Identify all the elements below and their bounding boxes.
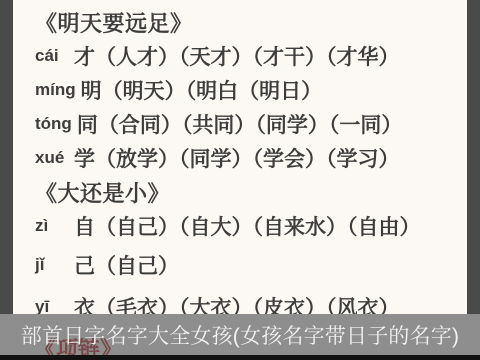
bottom-strip [0, 355, 480, 360]
pinyin: tóng [35, 114, 72, 134]
pinyin: cái [35, 46, 69, 66]
vocab-entry: míng 明（明天）（明白（明日） [35, 73, 467, 107]
vocab-list: 《明天要远足》 cái 才（人才）（天才）（才干）（才华） míng 明（明天）… [13, 0, 467, 324]
words: 同（合同）（共同）（同学）（一同） [77, 109, 403, 139]
words: 己（自己） [74, 250, 179, 280]
vocab-entry: jǐ 己（自己） [35, 248, 467, 282]
right-edge-bar [467, 0, 480, 360]
pinyin: míng [35, 80, 76, 100]
words: 明（明天）（明白（明日） [81, 75, 323, 105]
pinyin: zì [35, 216, 69, 236]
lesson-title: 《大还是小》 [35, 175, 467, 209]
caption-bar: 《项链》 部首日字名字大全女孩(女孩名字带日子的名字) [0, 314, 480, 355]
left-edge-bar [0, 0, 13, 360]
vocab-entry: xué 学（放学）（同学）（学会）（学习） [35, 141, 467, 175]
words: 自（自己）（自大）（自来水）（自由） [74, 211, 421, 241]
vocab-entry: cái 才（人才）（天才）（才干）（才华） [35, 39, 467, 73]
pinyin: xué [35, 148, 69, 168]
lesson-title: 《明天要远足》 [35, 5, 467, 39]
words: 学（放学）（同学）（学会）（学习） [74, 143, 400, 173]
caption-text: 部首日字名字大全女孩(女孩名字带日子的名字) [0, 314, 480, 355]
vocab-entry: zì 自（自己）（自大）（自来水）（自由） [35, 209, 467, 243]
words: 才（人才）（天才）（才干）（才华） [74, 41, 400, 71]
pinyin: jǐ [35, 255, 69, 275]
vocab-entry: tóng 同（合同）（共同）（同学）（一同） [35, 107, 467, 141]
